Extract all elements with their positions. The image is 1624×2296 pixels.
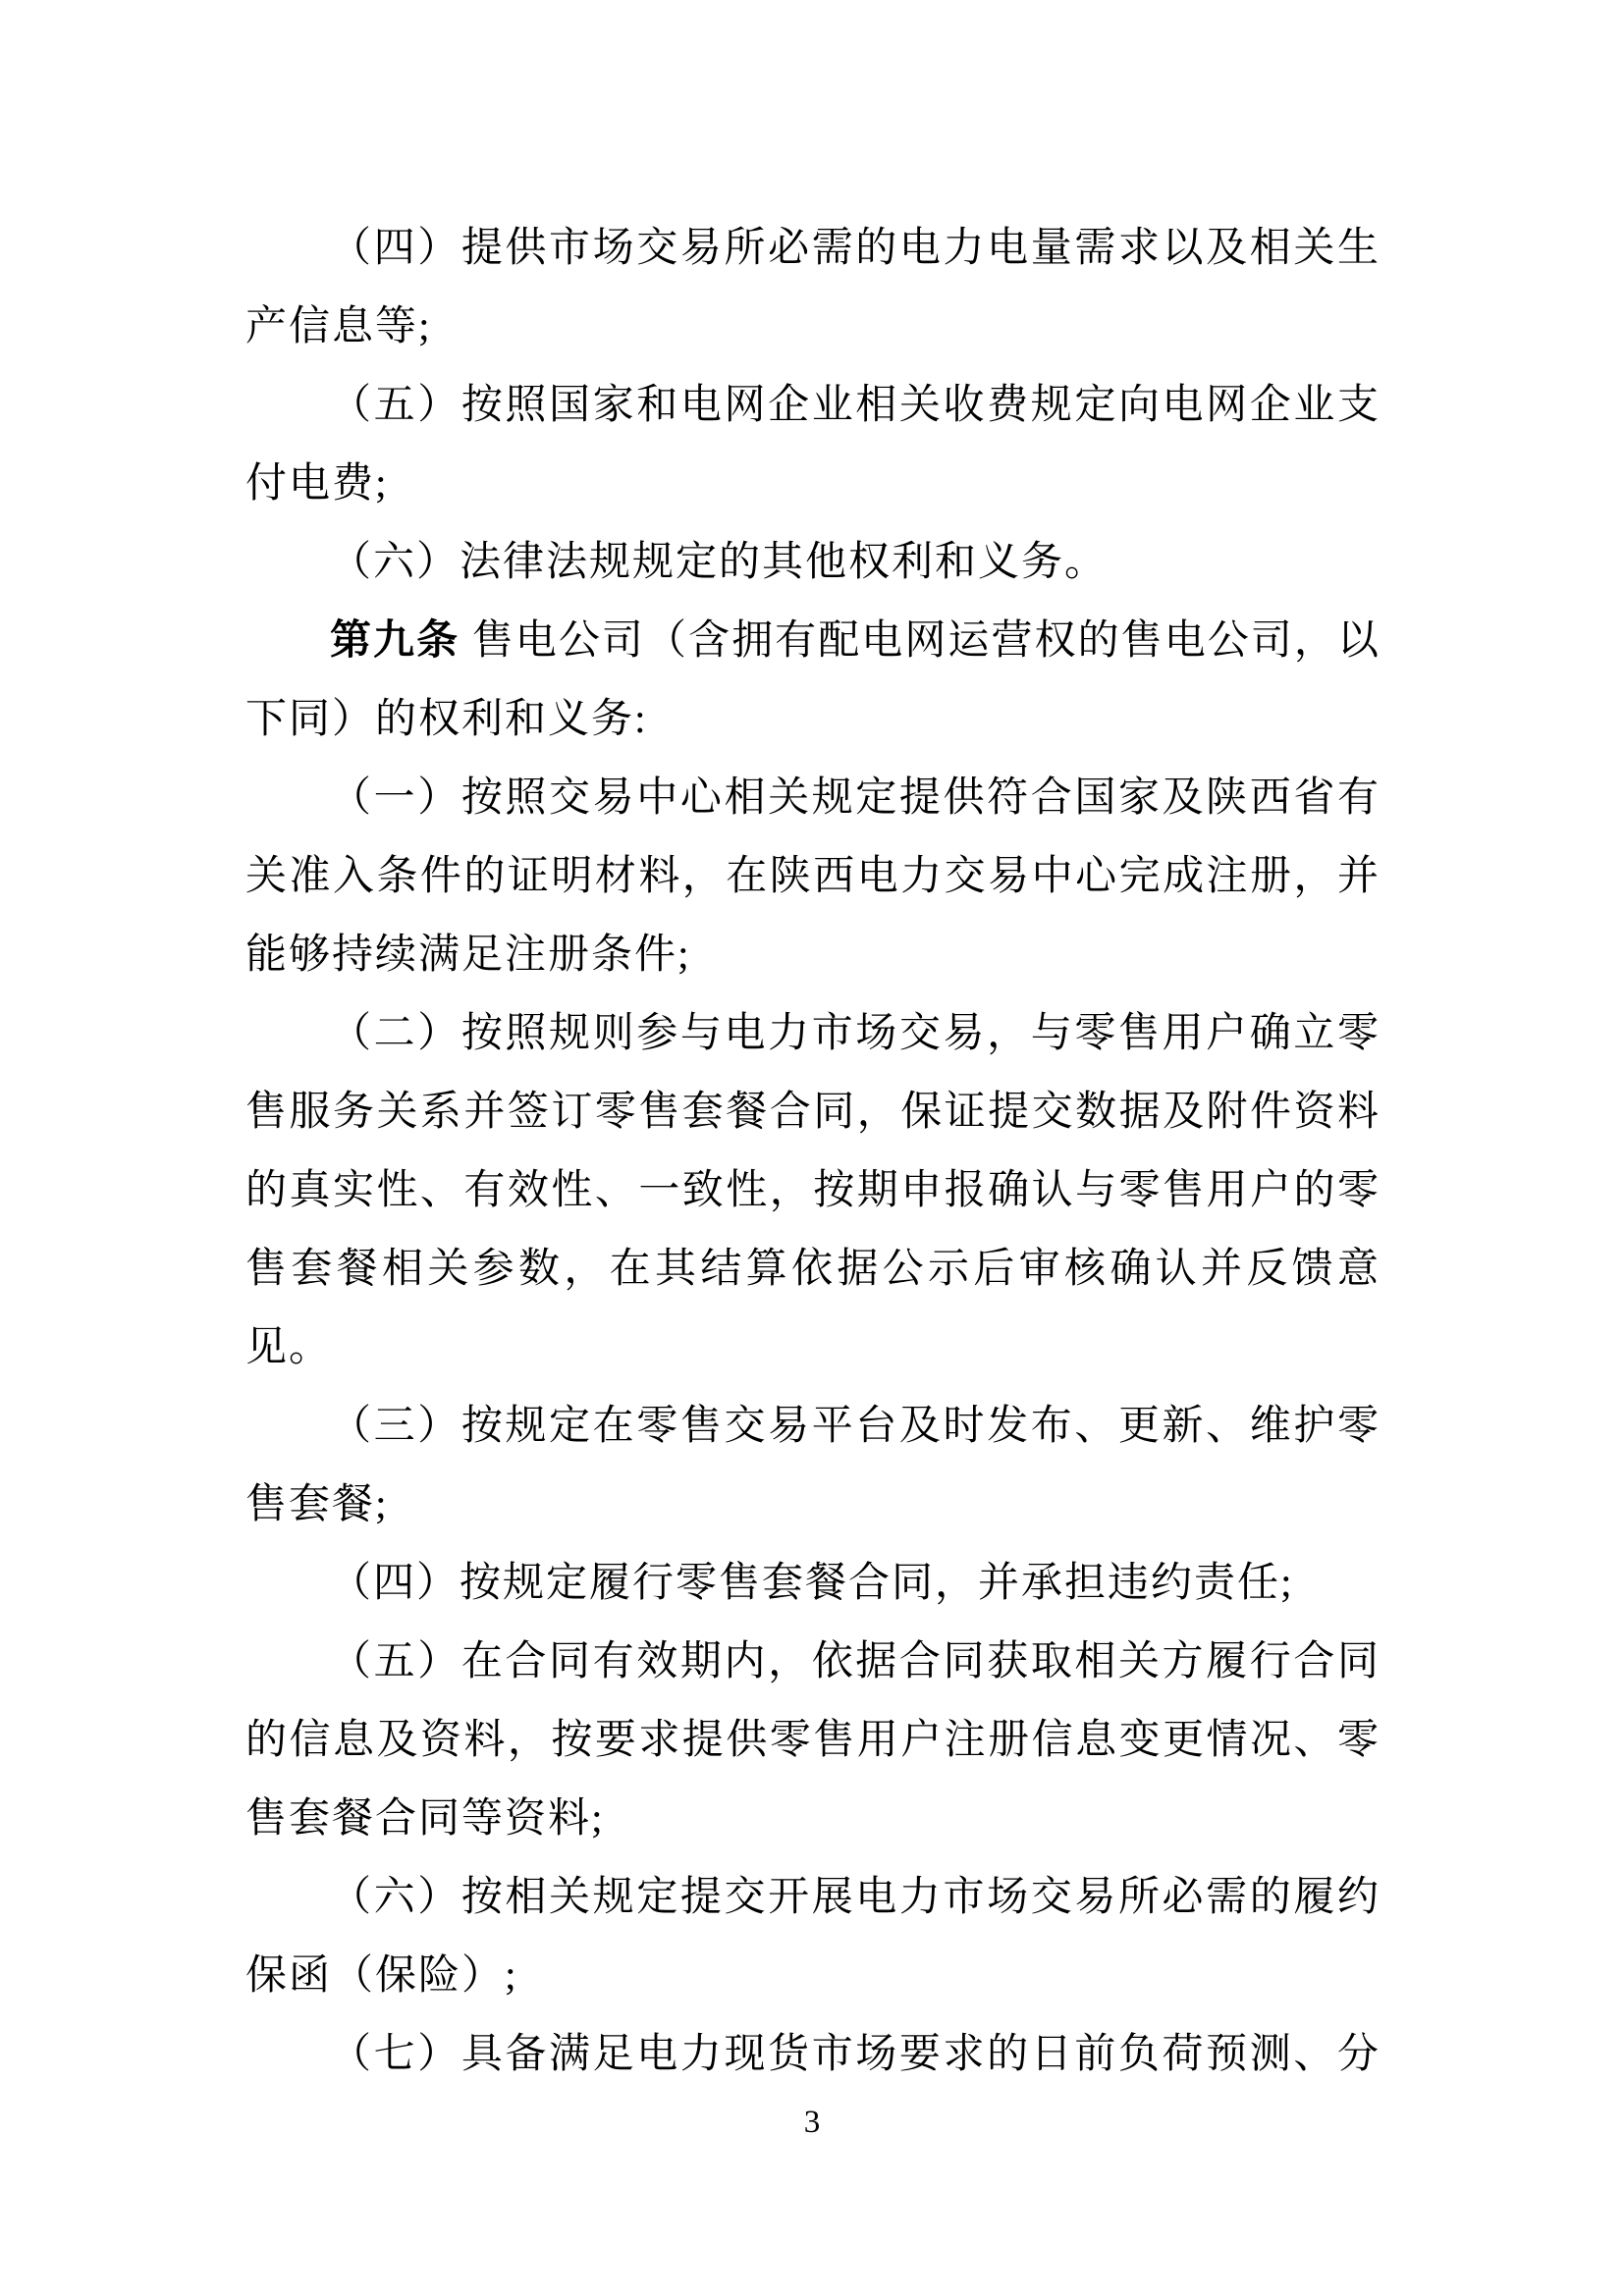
text-line: （三）按规定在零售交易平台及时发布、更新、维护零	[245, 1387, 1380, 1466]
text-line: （一）按照交易中心相关规定提供符合国家及陕西省有	[245, 759, 1380, 837]
text-line: （五）按照国家和电网企业相关收费规定向电网企业支	[245, 366, 1380, 445]
text-line: 的信息及资料，按要求提供零售用户注册信息变更情况、零	[245, 1701, 1380, 1780]
text-line: 关准入条件的证明材料，在陕西电力交易中心完成注册，并	[245, 837, 1380, 916]
text-line: 售套餐合同等资料;	[245, 1780, 1380, 1858]
text-line: 产信息等;	[245, 288, 1380, 366]
page-number: 3	[0, 2103, 1624, 2142]
text-line: （二）按照规则参与电力市场交易，与零售用户确立零	[245, 994, 1380, 1073]
text-line: （四）提供市场交易所必需的电力电量需求以及相关生	[245, 209, 1380, 288]
text-line: 售套餐相关参数，在其结算依据公示后审核确认并反馈意	[245, 1230, 1380, 1308]
text-line: （六）按相关规定提交开展电力市场交易所必需的履约	[245, 1858, 1380, 1937]
text-line: 能够持续满足注册条件;	[245, 916, 1380, 994]
text-block: （四）提供市场交易所必需的电力电量需求以及相关生 产信息等; （五）按照国家和电…	[245, 209, 1380, 2094]
text-line: （六）法律法规规定的其他权利和义务。	[245, 523, 1380, 602]
article-number-label: 第九条	[330, 618, 460, 664]
text-line: 见。	[245, 1308, 1380, 1387]
text-line: 售套餐;	[245, 1466, 1380, 1544]
text-line: （七）具备满足电力现货市场要求的日前负荷预测、分	[245, 2015, 1380, 2094]
text-line: 付电费;	[245, 445, 1380, 523]
text-line: （五）在合同有效期内，依据合同获取相关方履行合同	[245, 1623, 1380, 1701]
text-line: 售服务关系并签订零售套餐合同，保证提交数据及附件资料	[245, 1073, 1380, 1151]
text-line: 第九条 售电公司（含拥有配电网运营权的售电公司，以	[245, 602, 1380, 680]
text-line: 下同）的权利和义务:	[245, 680, 1380, 759]
text-line: 保函（保险）;	[245, 1937, 1380, 2015]
article-text: 售电公司（含拥有配电网运营权的售电公司，以	[460, 618, 1380, 664]
text-line: 的真实性、有效性、一致性，按期申报确认与零售用户的零	[245, 1151, 1380, 1230]
document-page: （四）提供市场交易所必需的电力电量需求以及相关生 产信息等; （五）按照国家和电…	[0, 0, 1624, 2296]
text-line: （四）按规定履行零售套餐合同，并承担违约责任;	[245, 1544, 1380, 1623]
